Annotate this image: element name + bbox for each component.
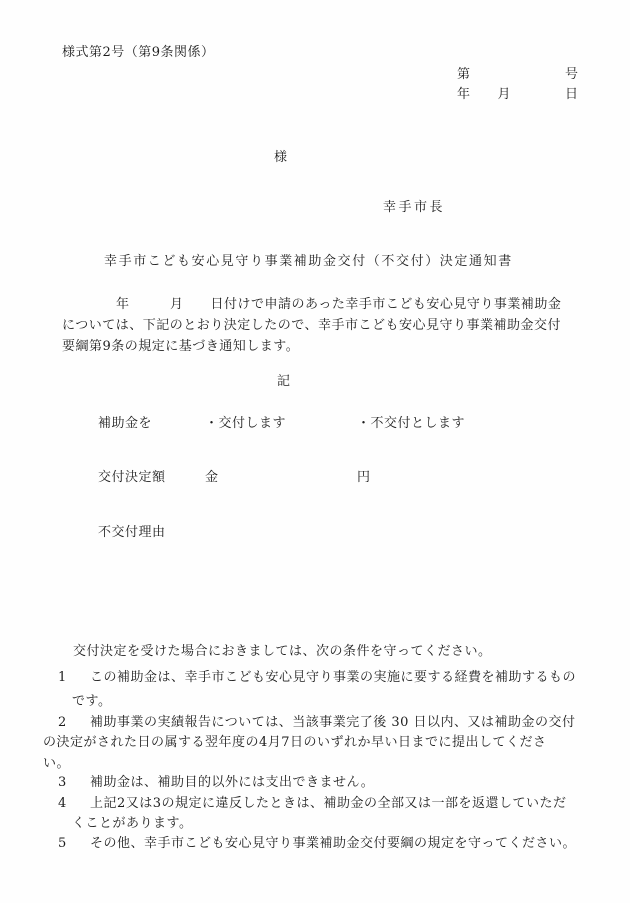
grant-option: ・交付します [205, 414, 286, 434]
ki-marker: 記 [277, 372, 291, 392]
condition-5-number: 5 [58, 834, 67, 854]
form-number: 様式第2号（第9条関係） [62, 43, 215, 63]
condition-5-text: その他、幸手市こども安心見守り事業補助金交付要綱の規定を守ってください。 [90, 834, 576, 854]
condition-3-number: 3 [58, 773, 67, 793]
condition-2-cont-1: の決定がされた日の属する翌年度の4月7日のいずれか早い日までに提出してくださ [43, 733, 547, 753]
amount-label: 交付決定額 [98, 468, 166, 488]
conditions-intro: 交付決定を受けた場合におきましては、次の条件を守ってください。 [73, 642, 492, 662]
document-title: 幸手市こども安心見守り事業補助金交付（不交付）決定通知書 [104, 252, 513, 272]
condition-4-cont: くことがあります。 [72, 814, 192, 834]
document-page: 様式第2号（第9条関係） 第 号 年 月 日 様 幸手市長 幸手市こども安心見守… [0, 0, 630, 903]
condition-3-text: 補助金は、補助目的以外には支出できません。 [90, 773, 374, 793]
condition-2-number: 2 [58, 713, 67, 733]
amount-suffix-yen: 円 [357, 468, 371, 488]
condition-1-number: 1 [58, 668, 67, 688]
document-number-line: 第 号 [457, 65, 579, 85]
no-grant-option: ・不交付とします [357, 414, 465, 434]
body-line-3: 要綱第9条の規定に基づき通知します。 [62, 337, 299, 357]
sender-name: 幸手市長 [383, 198, 445, 218]
condition-1-text: この補助金は、幸手市こども安心見守り事業の実施に要する経費を補助するもの [90, 668, 576, 688]
date-line: 年 月 日 [457, 85, 579, 105]
subsidy-decision-label: 補助金を [98, 414, 152, 434]
body-line-1: 年 月 日付けで申請のあった幸手市こども安心見守り事業補助金 [62, 295, 561, 315]
amount-prefix-kin: 金 [205, 468, 219, 488]
condition-4-number: 4 [58, 794, 67, 814]
condition-2-cont-2: い。 [43, 754, 70, 774]
body-line-2: については、下記のとおり決定したので、幸手市こども安心見守り事業補助金交付 [62, 316, 561, 336]
condition-4-text: 上記2又は3の規定に違反したときは、補助金の全部又は一部を返還していただ [90, 794, 567, 814]
condition-1-cont: です。 [72, 692, 111, 712]
addressee-suffix: 様 [274, 148, 288, 168]
condition-2-text: 補助事業の実績報告については、当該事業完了後 30 日以内、又は補助金の交付 [90, 713, 576, 733]
no-grant-reason-label: 不交付理由 [98, 523, 166, 543]
